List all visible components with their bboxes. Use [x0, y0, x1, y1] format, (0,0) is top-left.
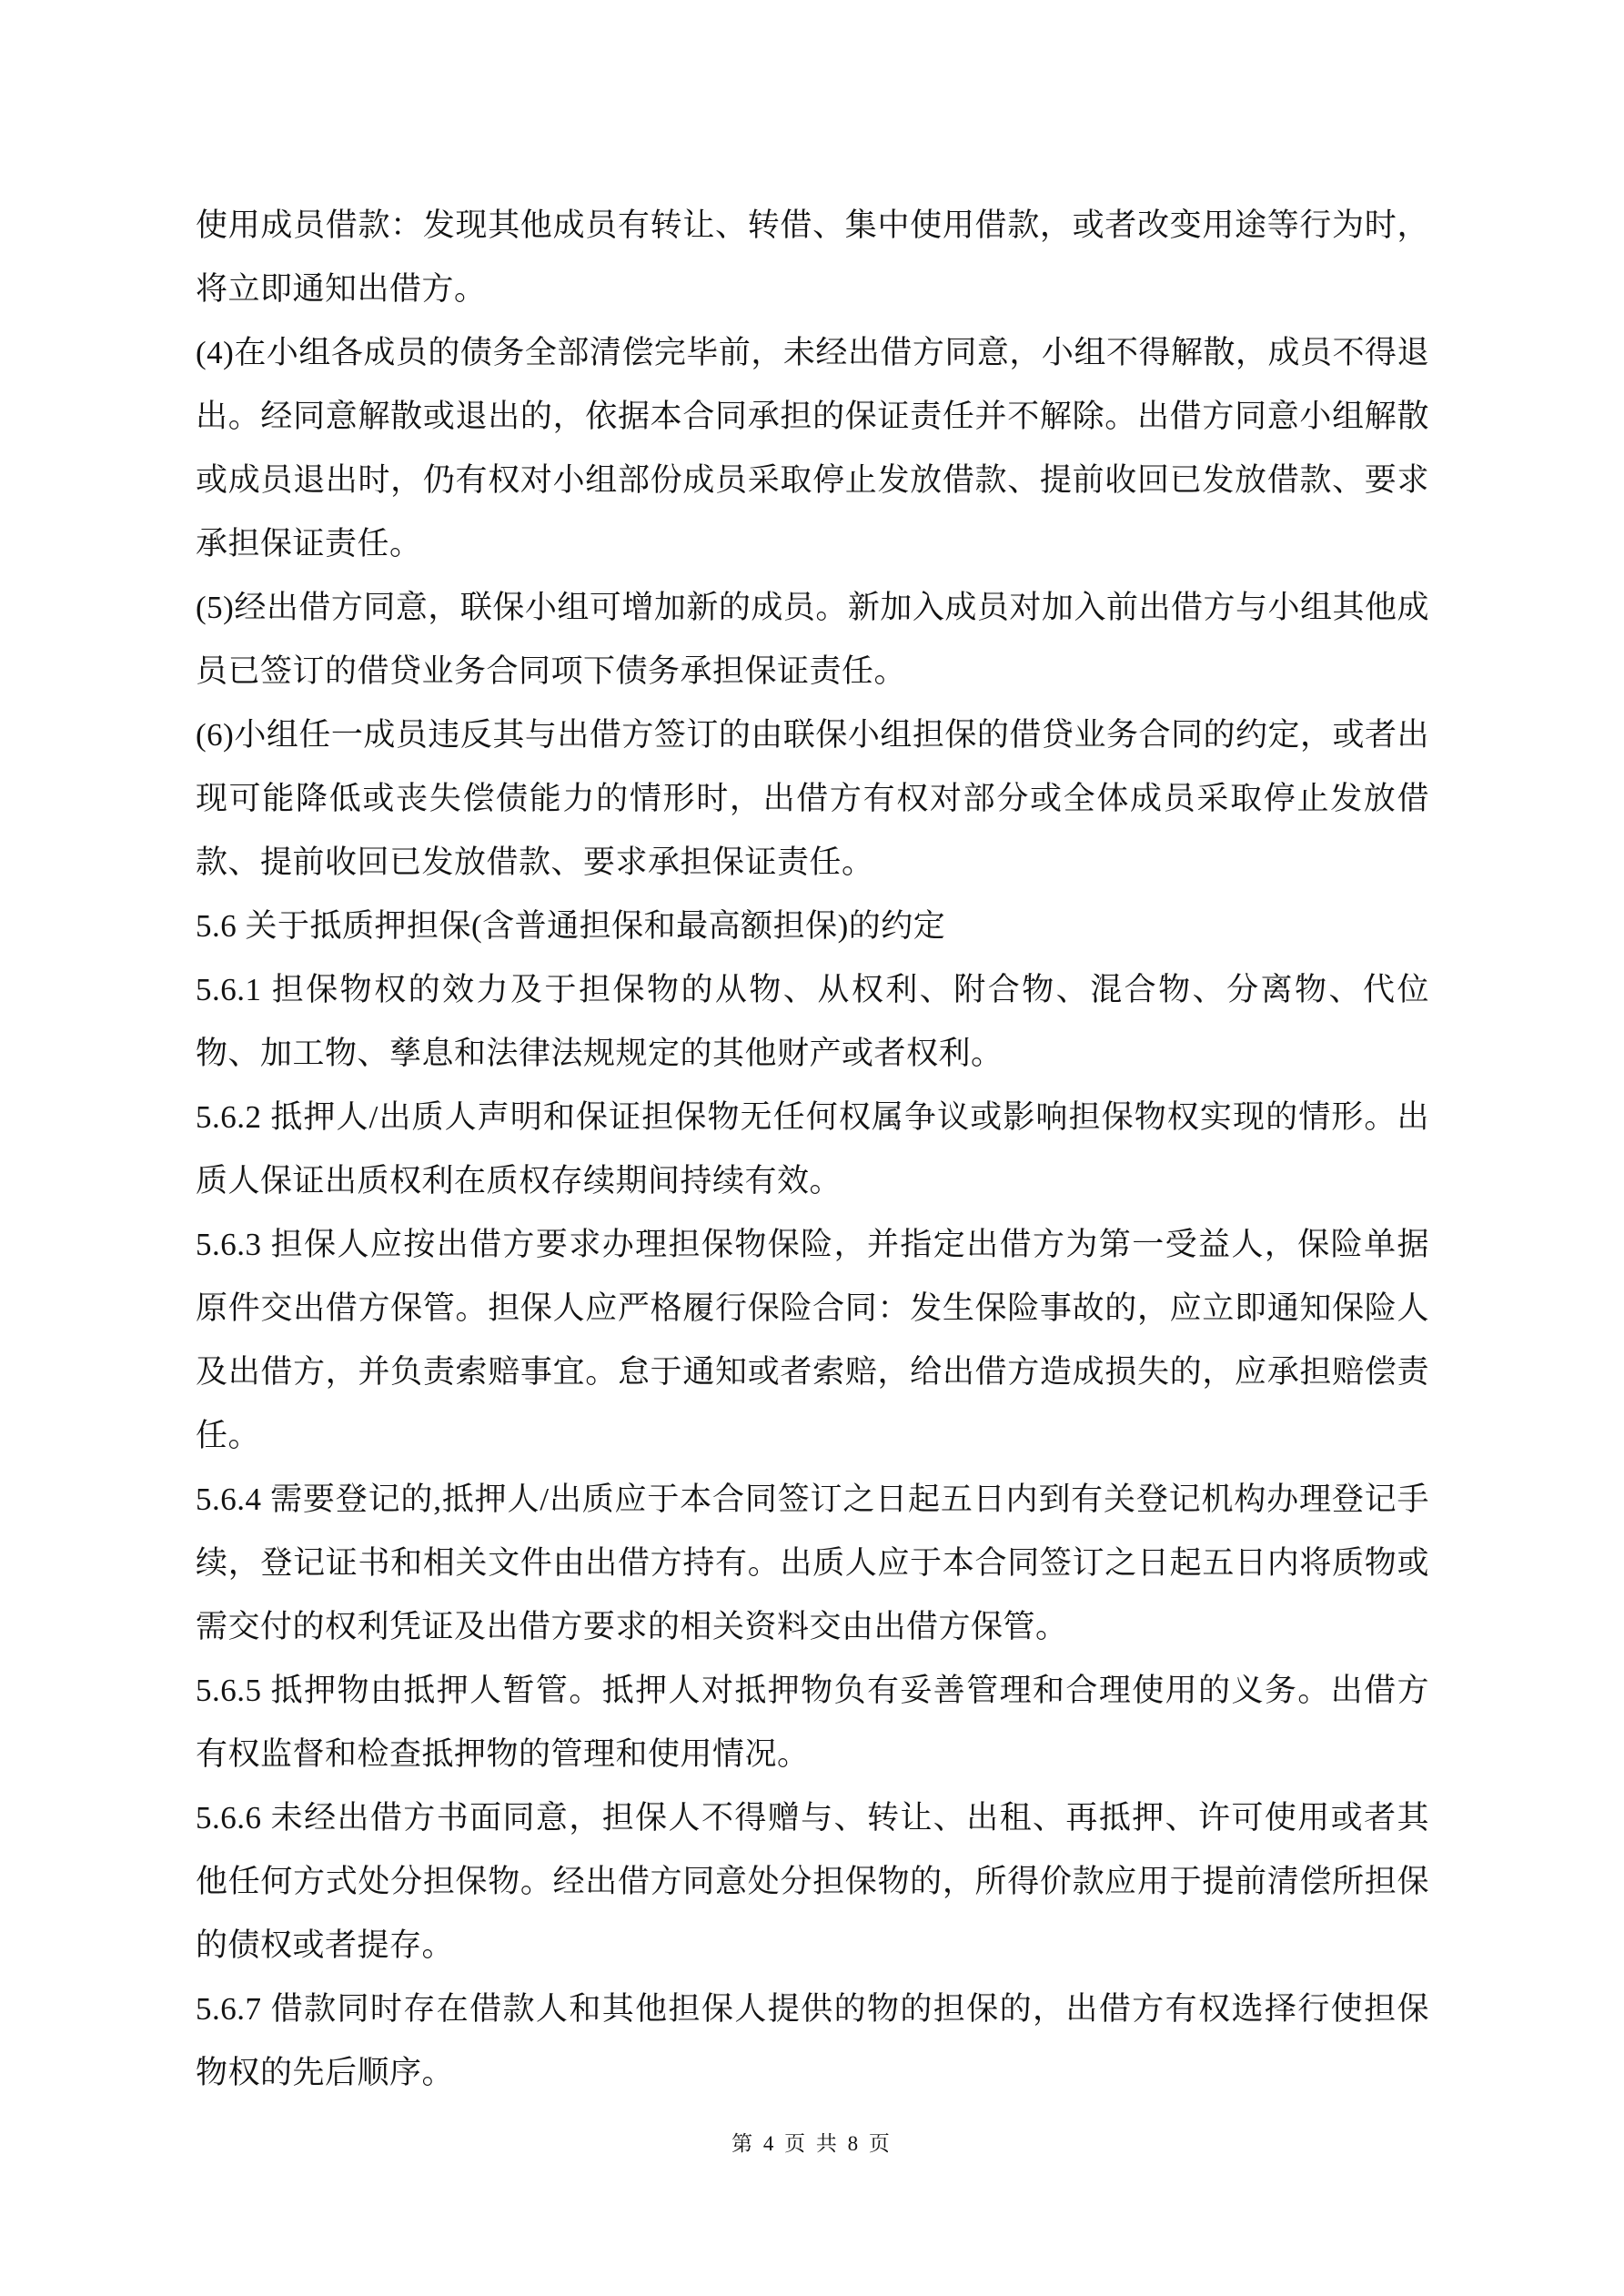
contract-body: 使用成员借款：发现其他成员有转让、转借、集中使用借款，或者改变用途等行为时，将立… — [196, 194, 1429, 2105]
contract-paragraph: 5.6.6 未经出借方书面同意，担保人不得赠与、转让、出租、再抵押、许可使用或者… — [196, 1786, 1429, 1977]
page-number-indicator: 第 4 页 共 8 页 — [731, 2132, 893, 2155]
contract-paragraph: 5.6 关于抵质押担保(含普通担保和最高额担保)的约定 — [196, 895, 1429, 958]
contract-paragraph: 5.6.7 借款同时存在借款人和其他担保人提供的物的担保的，出借方有权选择行使担… — [196, 1977, 1429, 2105]
contract-paragraph: 5.6.1 担保物权的效力及于担保物的从物、从权利、附合物、混合物、分离物、代位… — [196, 958, 1429, 1086]
contract-paragraph: 5.6.2 抵押人/出质人声明和保证担保物无任何权属争议或影响担保物权实现的情形… — [196, 1086, 1429, 1213]
contract-paragraph: 5.6.3 担保人应按出借方要求办理担保物保险，并指定出借方为第一受益人，保险单… — [196, 1213, 1429, 1468]
contract-paragraph: 使用成员借款：发现其他成员有转让、转借、集中使用借款，或者改变用途等行为时，将立… — [196, 194, 1429, 321]
document-page: 使用成员借款：发现其他成员有转让、转借、集中使用借款，或者改变用途等行为时，将立… — [0, 0, 1624, 2296]
contract-paragraph: (5)经出借方同意，联保小组可增加新的成员。新加入成员对加入前出借方与小组其他成… — [196, 576, 1429, 703]
contract-paragraph: 5.6.4 需要登记的,抵押人/出质应于本合同签订之日起五日内到有关登记机构办理… — [196, 1468, 1429, 1659]
contract-paragraph: (4)在小组各成员的债务全部清偿完毕前，未经出借方同意，小组不得解散，成员不得退… — [196, 321, 1429, 576]
page-footer: 第 4 页 共 8 页 — [0, 2125, 1624, 2163]
contract-paragraph: 5.6.5 抵押物由抵押人暂管。抵押人对抵押物负有妥善管理和合理使用的义务。出借… — [196, 1659, 1429, 1786]
contract-paragraph: (6)小组任一成员违反其与出借方签订的由联保小组担保的借贷业务合同的约定，或者出… — [196, 703, 1429, 895]
